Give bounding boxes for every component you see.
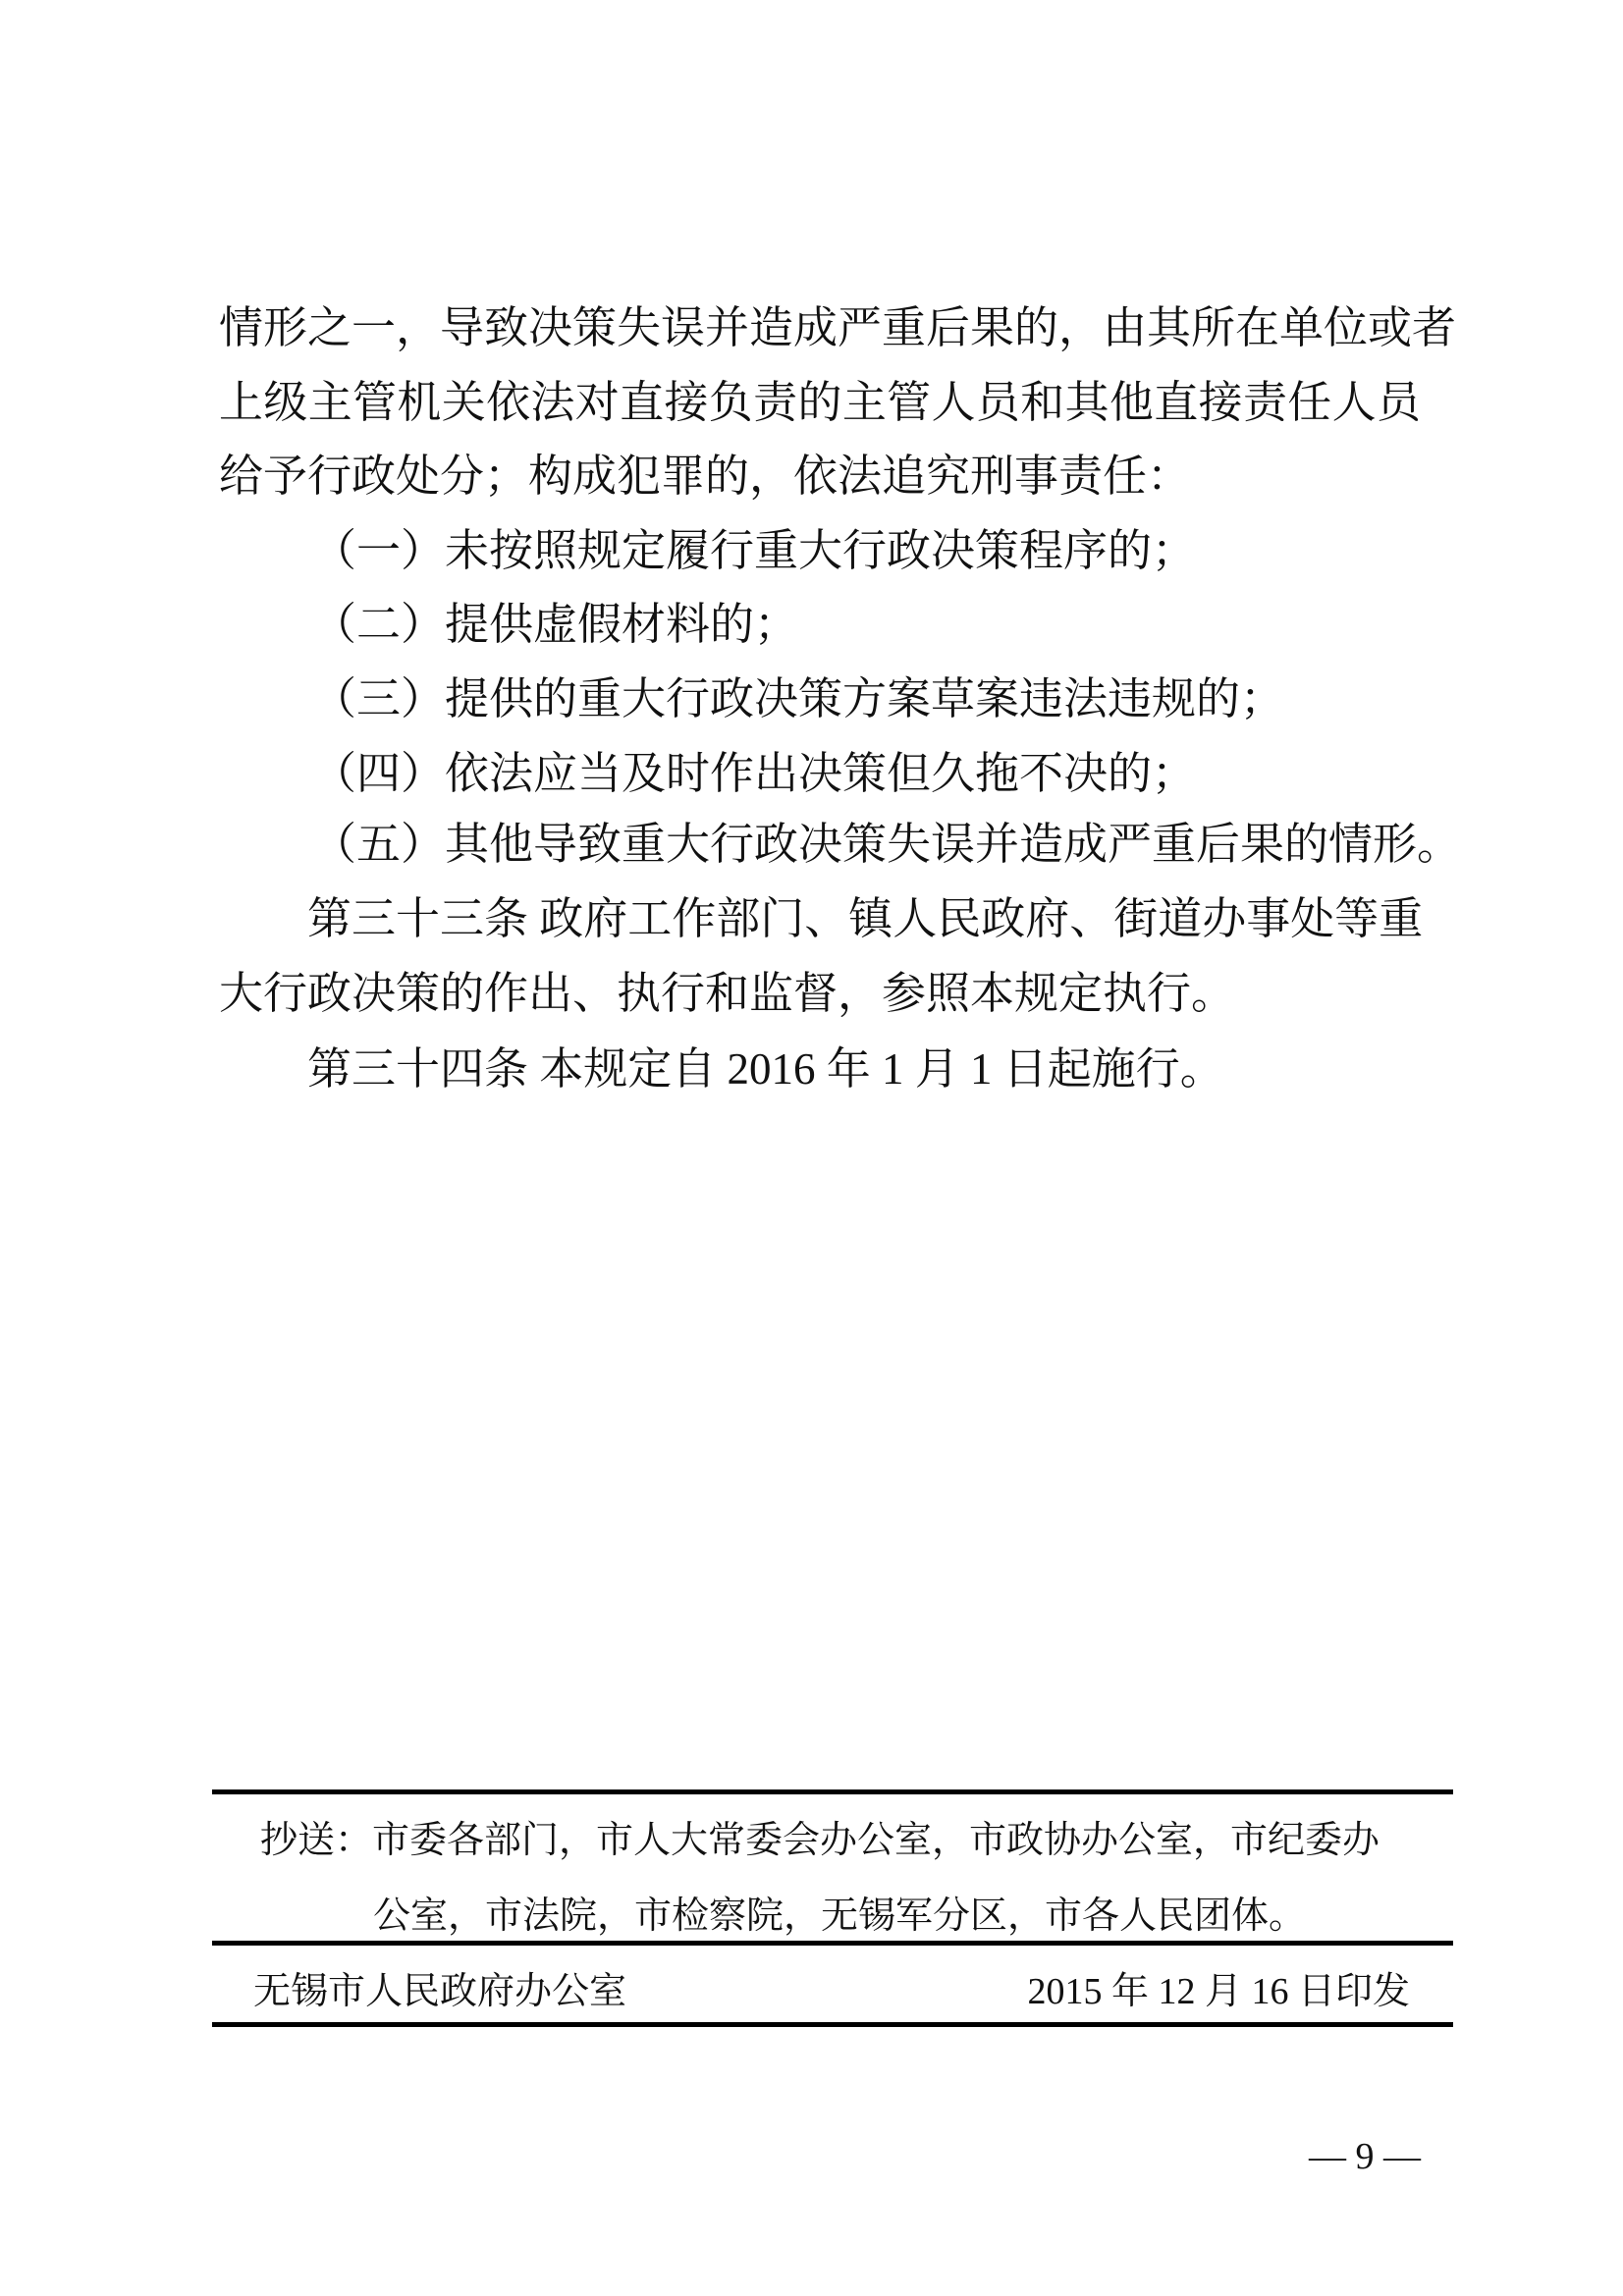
list-item: （三）提供的重大行政决策方案草案违法违规的；: [312, 669, 1421, 728]
body-line: 情形之一，导致决策失误并造成严重后果的，由其所在单位或者: [219, 298, 1421, 357]
page-number: — 9 —: [1306, 2132, 1424, 2181]
cc-line-2: 公室，市法院，市检察院，无锡军分区，市各人民团体。: [373, 1892, 1306, 1941]
body-line: 上级主管机关依法对直接负责的主管人员和其他直接责任人员: [219, 373, 1421, 432]
list-item: （一）未按照规定履行重大行政决策程序的；: [312, 521, 1421, 580]
issue-date: 2015 年 12 月 16 日印发: [1017, 1967, 1410, 2016]
footer-rule-top: [212, 1789, 1453, 1794]
article-33: 第三十三条 政府工作部门、镇人民政府、街道办事处等重: [307, 889, 1421, 948]
body-line: 给予行政处分；构成犯罪的，依法追究刑事责任：: [219, 447, 1421, 506]
issuer: 无锡市人民政府办公室: [253, 1967, 626, 2016]
list-item: （四）依法应当及时作出决策但久拖不决的；: [312, 744, 1421, 803]
list-item: （二）提供虚假材料的；: [312, 595, 1421, 654]
body-line: 大行政决策的作出、执行和监督，参照本规定执行。: [219, 964, 1421, 1023]
footer-rule-bottom: [212, 2022, 1453, 2027]
cc-line-1: 抄送：市委各部门，市人大常委会办公室，市政协办公室，市纪委办: [260, 1816, 1380, 1865]
article-34: 第三十四条 本规定自 2016 年 1 月 1 日起施行。: [307, 1040, 1421, 1098]
footer-rule-middle: [212, 1941, 1453, 1946]
list-item: （五）其他导致重大行政决策失误并造成严重后果的情形。: [312, 815, 1421, 874]
